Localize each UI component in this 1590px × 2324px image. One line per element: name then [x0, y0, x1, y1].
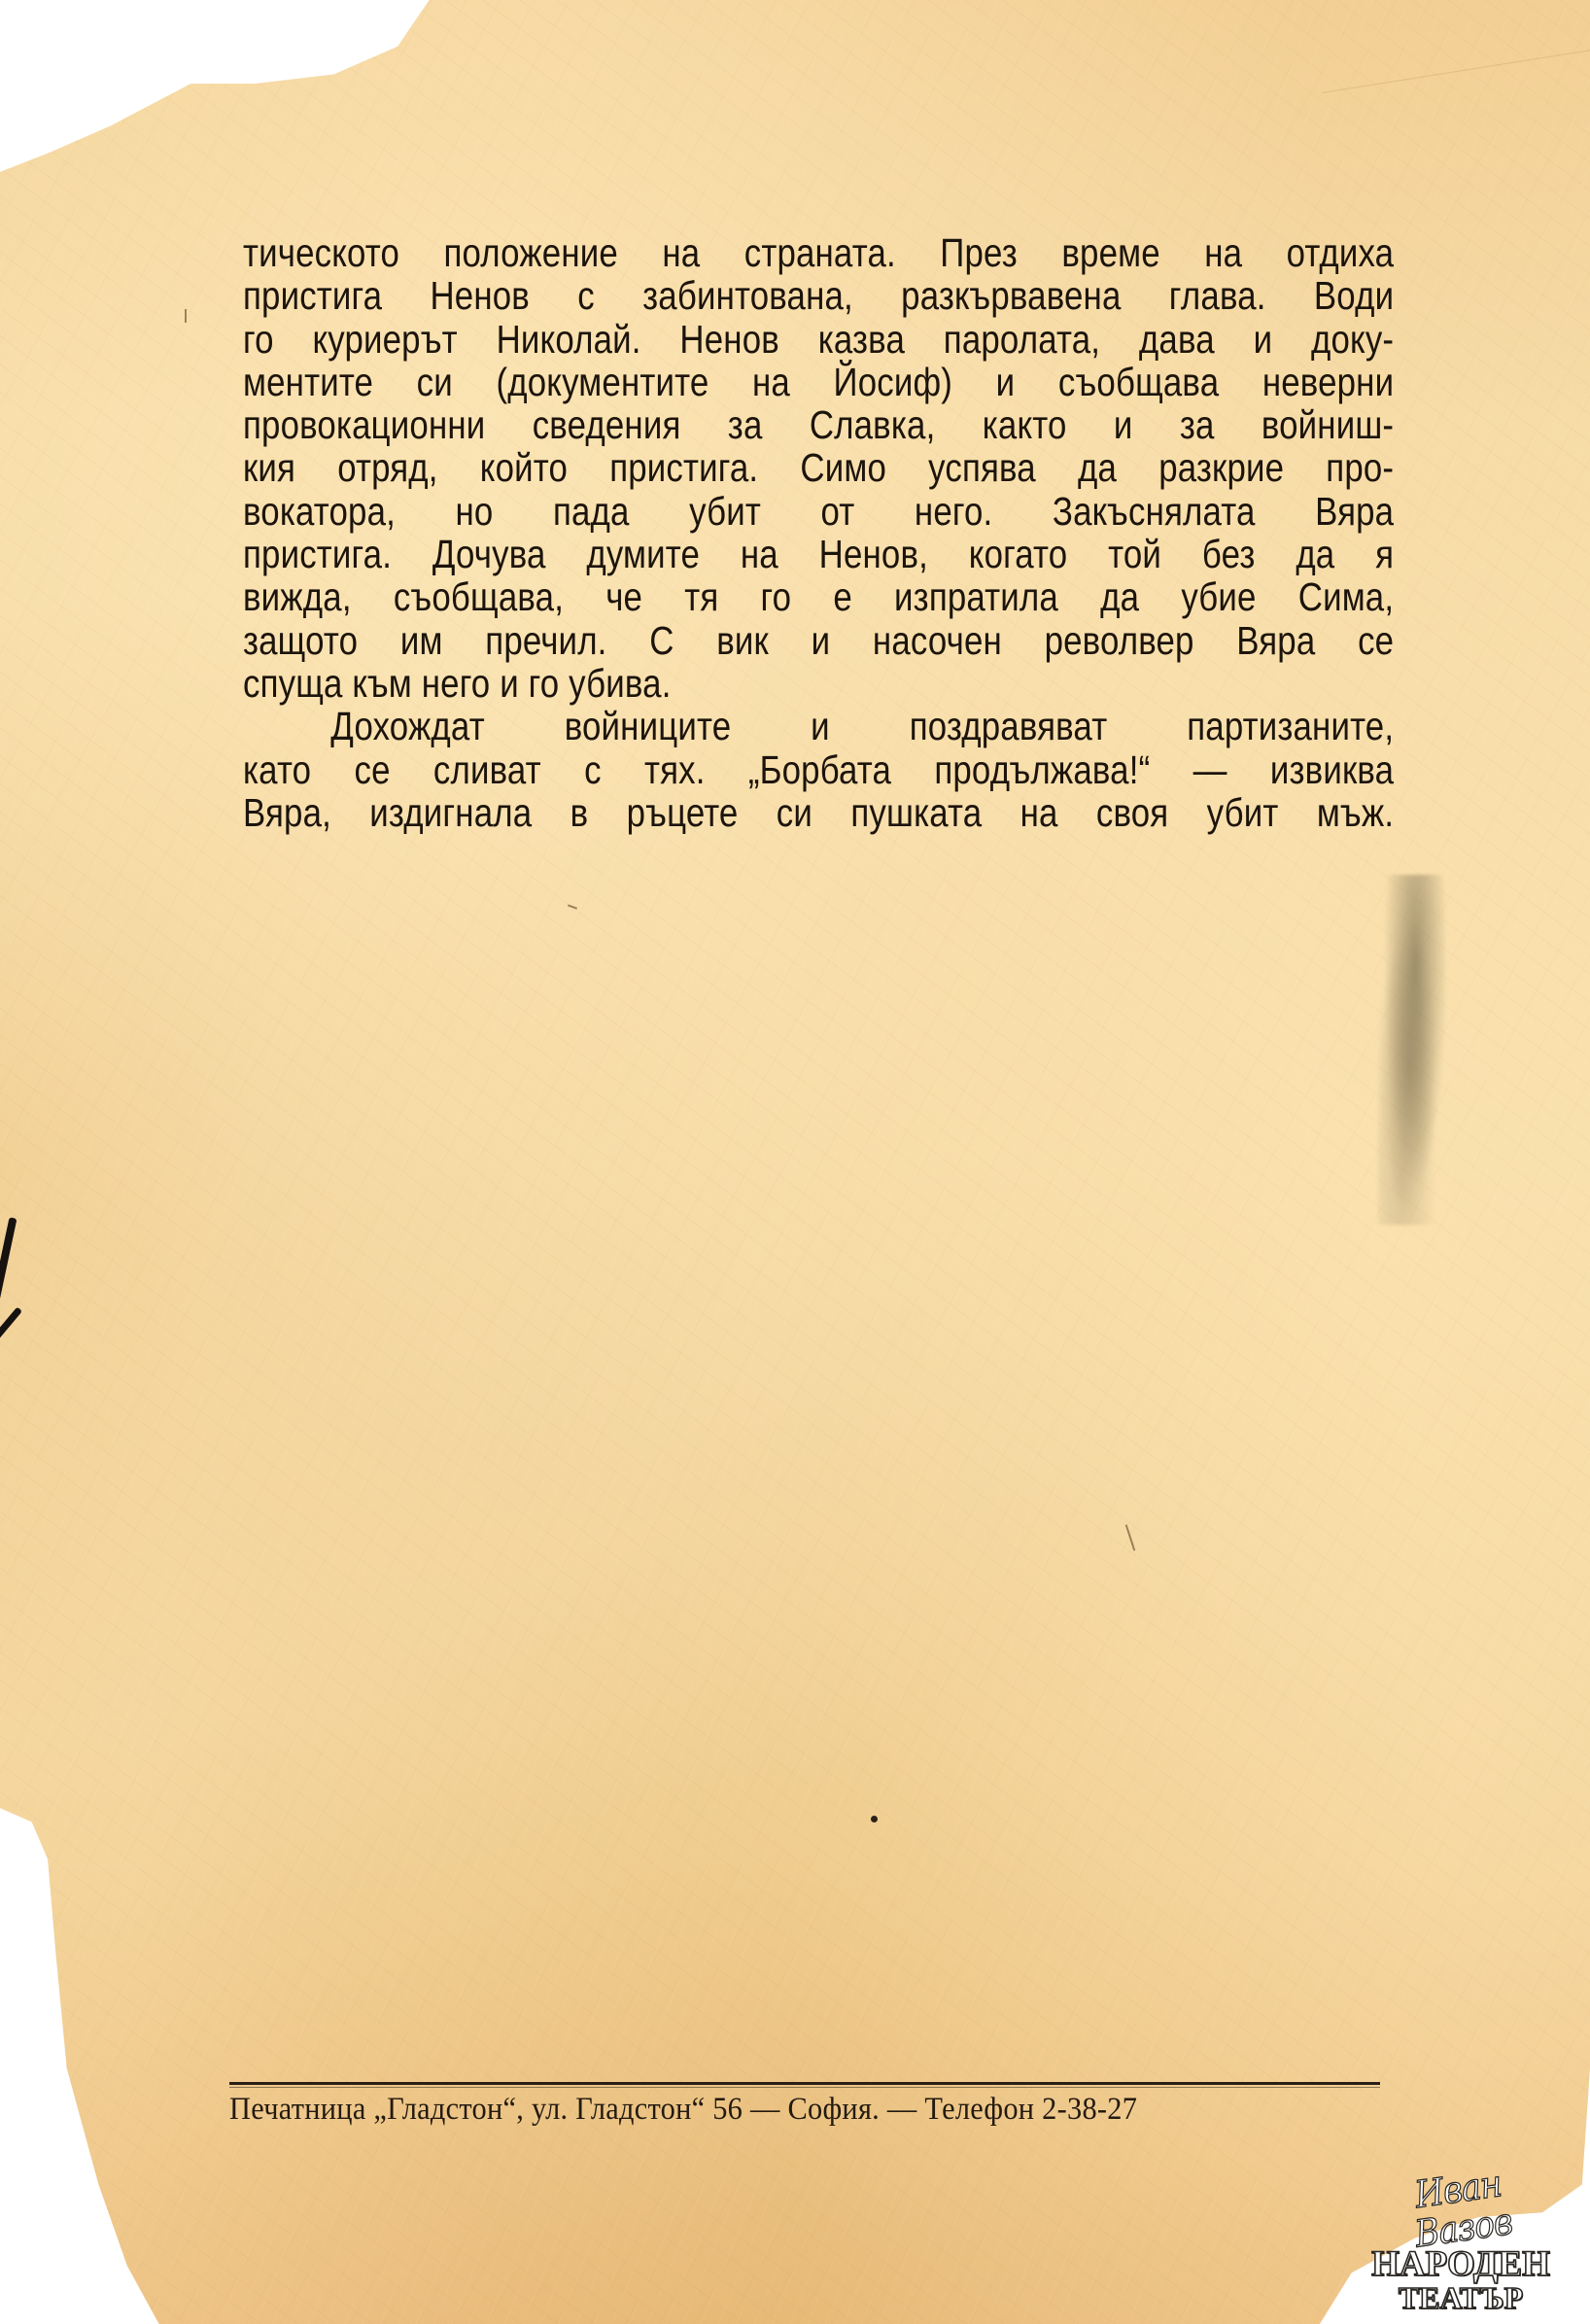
paragraph-1: тическото положение на страната. През вр…	[243, 231, 1394, 705]
text-line: защото им пречил. С вик и насочен револв…	[243, 619, 1394, 662]
text-line: вижда, съобщава, че тя го е изпратила да…	[243, 575, 1394, 618]
text-line: Вяра, издигнала в ръцете си пушката на с…	[243, 791, 1394, 834]
text-line: спуща към него и го убива.	[243, 662, 1394, 705]
text-line: вокатора, но пада убит от него. Закъснял…	[243, 490, 1394, 533]
footer-rule	[229, 2082, 1380, 2085]
text-line: тическото положение на страната. През вр…	[243, 231, 1394, 274]
text-line: пристига. Дочува думите на Ненов, когато…	[243, 533, 1394, 575]
paper-speck	[871, 1816, 878, 1822]
paragraph-2: Дохождат войниците и поздравяват партиза…	[243, 705, 1394, 834]
national-theatre-logo: Иван Вазов НАРОДЕН ТЕАТЪР	[1368, 2169, 1553, 2296]
text-line: като се сливат с тях. „Борбата продължав…	[243, 748, 1394, 791]
printer-imprint: Печатница „Гладстон“, ул. Гладстон“ 56 —…	[229, 2092, 1290, 2128]
paper-crease	[1322, 50, 1590, 93]
body-text: тическото положение на страната. През вр…	[243, 231, 1394, 834]
paper-crease	[68, 69, 102, 118]
text-line: пристига Ненов с забинтована, разкърваве…	[243, 274, 1394, 317]
logo-line-2: ТЕАТЪР	[1368, 2282, 1553, 2313]
text-line: провокационни сведения за Славка, както …	[243, 403, 1394, 446]
text-line: ментите си (документите на Йосиф) и съоб…	[243, 361, 1394, 403]
text-line: кия отряд, който пристига. Симо успява д…	[243, 446, 1394, 489]
ink-smudge	[1378, 875, 1446, 1225]
text-line: го куриерът Николай. Ненов казва паролат…	[243, 318, 1394, 361]
text-line: Дохождат войниците и поздравяват партиза…	[243, 705, 1394, 747]
paper-mark	[185, 309, 187, 323]
